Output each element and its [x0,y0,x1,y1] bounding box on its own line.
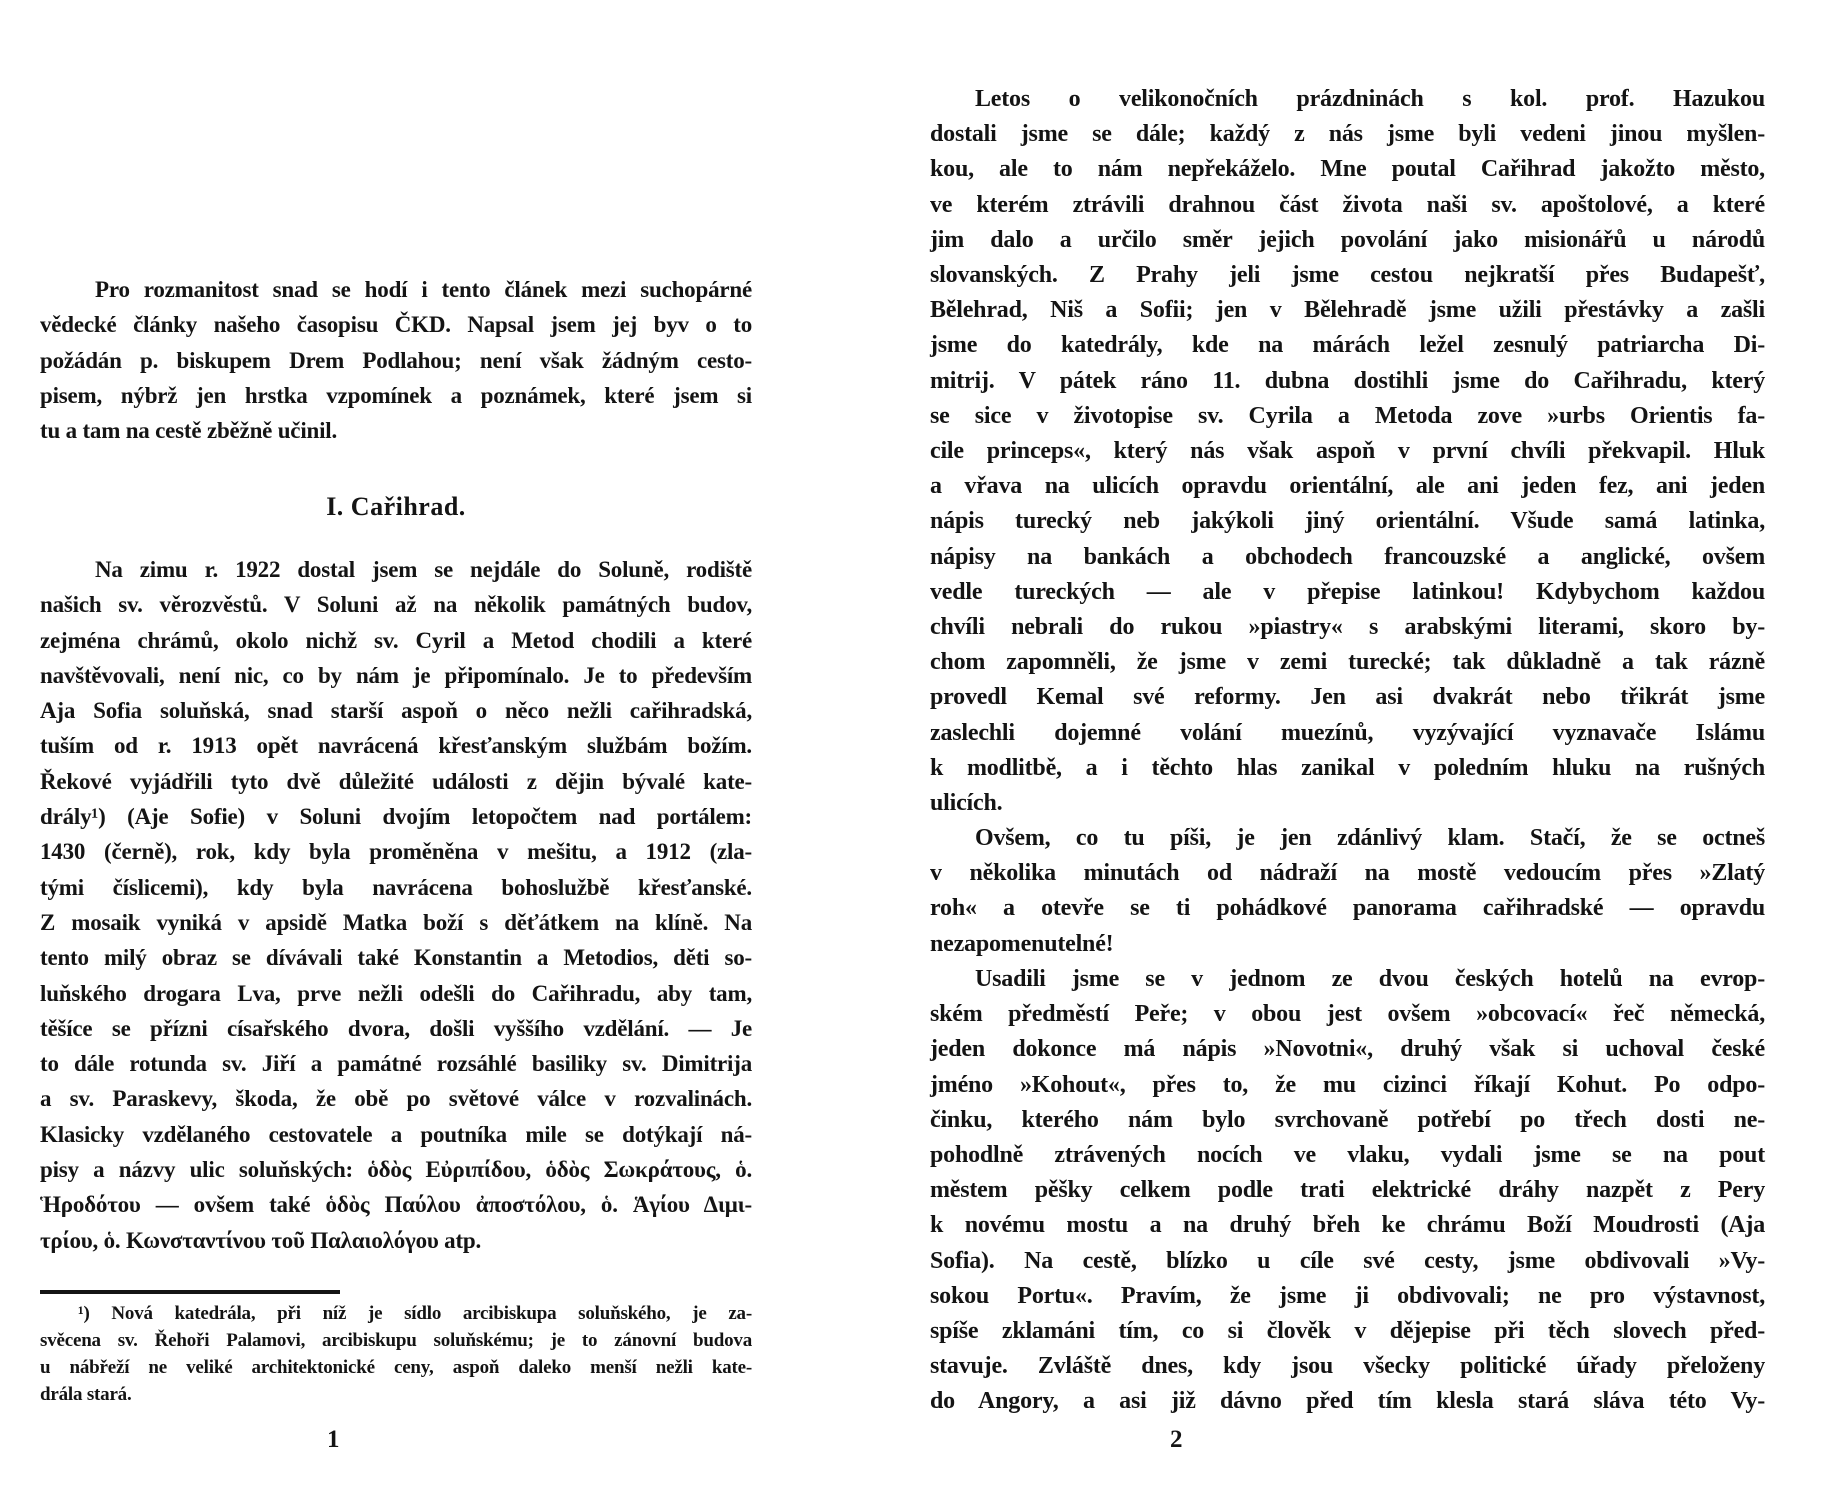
text-line: jim dalo a určilo směr jejich povolání j… [930,223,1765,258]
text-line: drály¹) (Aje Sofie) v Soluni dvojím leto… [40,799,752,834]
text-line: Usadili jsme se v jednom ze dvou českých… [930,962,1765,997]
text-line: ulicích. [930,786,1765,821]
page-number-right: 2 [1170,1426,1183,1454]
text-line: městem pěšky celkem podle trati elektric… [930,1173,1765,1208]
text-line: mitrij. V pátek ráno 11. dubna dostihli … [930,364,1765,399]
text-line: jméno »Kohout«, přes to, že mu cizinci ř… [930,1068,1765,1103]
text-line: a sv. Paraskevy, škoda, že obě po světov… [40,1081,752,1116]
text-line: chvíli nebrali do rukou »piastry« s arab… [930,610,1765,645]
text-line: vědecké články našeho časopisu ČKD. Naps… [40,307,752,342]
text-line: nezapomenutelné! [930,927,1765,962]
text-line: ském předměstí Peře; v obou jest ovšem »… [930,997,1765,1032]
text-line: Řekové vyjádřili tyto dvě důležité událo… [40,764,752,799]
right-page: Letos o velikonočních prázdninách s kol.… [930,0,1765,1500]
text-line: do Angory, a asi již dávno před tím kles… [930,1384,1765,1419]
text-line: Ἡροδότου — ovšem také ὁδὸς Παύλου ἀποστό… [40,1187,752,1222]
text-line: drála stará. [40,1381,752,1408]
text-line: Pro rozmanitost snad se hodí i tento člá… [40,272,752,307]
text-line: kou, ale to nám nepřekáželo. Mne poutal … [930,152,1765,187]
text-line: dostali jsme se dále; každý z nás jsme b… [930,117,1765,152]
text-line: tento milý obraz se dívávali také Konsta… [40,940,752,975]
text-line: k modlitbě, a i těchto hlas zanikal v po… [930,751,1765,786]
text-line: slovanských. Z Prahy jeli jsme cestou ne… [930,258,1765,293]
footnote-separator [40,1290,340,1294]
text-line: Bělehrad, Niš a Sofii; jen v Bělehradě j… [930,293,1765,328]
text-line: a vřava na ulicích opravdu orientální, a… [930,469,1765,504]
text-line: Ovšem, co tu píši, je jen zdánlivý klam.… [930,821,1765,856]
text-line: to dále rotunda sv. Jiří a památné rozsá… [40,1046,752,1081]
text-line: činku, kterého nám bylo svrchovaně potře… [930,1103,1765,1138]
intro-paragraph: Pro rozmanitost snad se hodí i tento člá… [40,272,752,448]
text-line: pisem, nýbrž jen hrstka vzpomínek a pozn… [40,378,752,413]
left-page: Pro rozmanitost snad se hodí i tento člá… [40,0,752,1500]
text-line: spíše zklamáni tím, co si člověk v dějep… [930,1314,1765,1349]
text-line: tuším od r. 1913 opět navrácená křesťans… [40,728,752,763]
text-line: jeden dokonce má nápis »Novotni«, druhý … [930,1032,1765,1067]
text-line: tu a tam na cestě zběžně učinil. [40,413,752,448]
paragraph-1: Letos o velikonočních prázdninách s kol.… [930,82,1765,821]
text-line: pohodlně ztrávených nocích ve vlaku, vyd… [930,1138,1765,1173]
text-line: τρίου, ὁ. Κωνσταντίνου τοῦ Παλαιολόγου a… [40,1223,752,1258]
text-line: nápisy na bankách a obchodech francouzsk… [930,540,1765,575]
body-paragraph: Na zimu r. 1922 dostal jsem se nejdále d… [40,552,752,1258]
section-heading: I. Cařihrad. [40,492,752,522]
text-line: Z mosaik vyniká v apsidě Matka boží s dě… [40,905,752,940]
text-line: k novému mostu a na druhý břeh ke chrámu… [930,1208,1765,1243]
text-line: u nábřeží ne veliké architektonické ceny… [40,1354,752,1381]
text-line: našich sv. věrozvěstů. V Soluni až na ně… [40,587,752,622]
text-line: Klasicky vzdělaného cestovatele a poutní… [40,1117,752,1152]
text-line: zaslechli dojemné volání muezínů, vyzýva… [930,716,1765,751]
text-line: v několika minutách od nádraží na mostě … [930,856,1765,891]
text-line: luňského drogara Lva, prve nežli odešli … [40,976,752,1011]
text-line: chom zapomněli, že jsme v zemi turecké; … [930,645,1765,680]
text-line: svěcena sv. Řehoři Palamovi, arcibiskupu… [40,1327,752,1354]
text-line: stavuje. Zvláště dnes, kdy jsou všecky p… [930,1349,1765,1384]
text-line: Letos o velikonočních prázdninách s kol.… [930,82,1765,117]
text-line: těšíce se přízni císařského dvora, došli… [40,1011,752,1046]
text-line: ve kterém ztrávili drahnou část života n… [930,188,1765,223]
text-line: tými číslicemi), kdy byla navrácena boho… [40,870,752,905]
text-line: navštěvovali, není nic, co by nám je při… [40,658,752,693]
text-line: ¹) Nová katedrála, při níž je sídlo arci… [40,1300,752,1327]
text-line: sokou Portu«. Pravím, že jsme ji obdivov… [930,1279,1765,1314]
paragraph-2: Ovšem, co tu píši, je jen zdánlivý klam.… [930,821,1765,962]
text-line: pisy a názvy ulic soluňských: ὁδὸς Εὐριπ… [40,1152,752,1187]
text-line: zejména chrámů, okolo nichž sv. Cyril a … [40,623,752,658]
text-line: Na zimu r. 1922 dostal jsem se nejdále d… [40,552,752,587]
text-line: cile princeps«, který nás však aspoň v p… [930,434,1765,469]
text-line: 1430 (černě), rok, kdy byla proměněna v … [40,834,752,869]
text-line: roh« a otevře se ti pohádkové panorama c… [930,891,1765,926]
footnote: ¹) Nová katedrála, při níž je sídlo arci… [40,1300,752,1408]
text-line: se sice v životopise sv. Cyrila a Metoda… [930,399,1765,434]
text-line: provedl Kemal své reformy. Jen asi dvakr… [930,680,1765,715]
page-number-left: 1 [327,1426,340,1454]
text-line: nápis turecký neb jakýkoli jiný orientál… [930,504,1765,539]
text-line: vedle tureckých — ale v přepise latinkou… [930,575,1765,610]
text-line: požádán p. biskupem Drem Podlahou; není … [40,343,752,378]
text-line: Aja Sofia soluňská, snad starší aspoň o … [40,693,752,728]
paragraph-3: Usadili jsme se v jednom ze dvou českých… [930,962,1765,1420]
text-line: Sofia). Na cestě, blízko u cíle své cest… [930,1244,1765,1279]
book-scan: { "ink_color": "#141414", "paper_color":… [0,0,1834,1500]
text-line: jsme do katedrály, kde na márách ležel z… [930,328,1765,363]
